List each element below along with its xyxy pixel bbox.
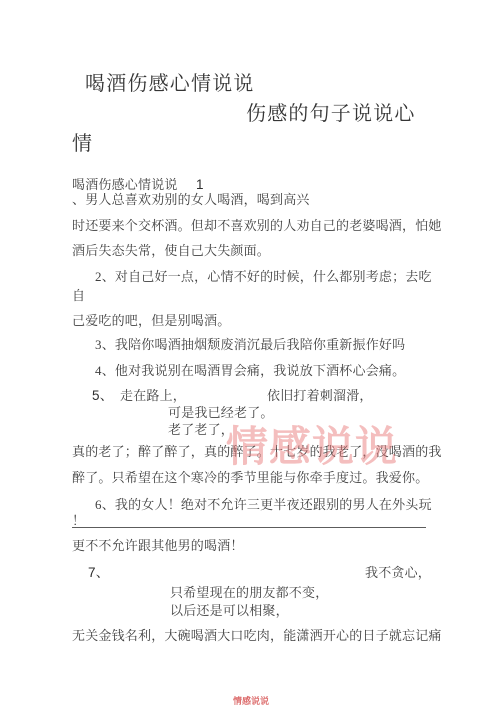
paragraph-5-line-1b: 依旧打着刺溜滑， [267, 388, 373, 403]
paragraph-3-line-1: 3、我陪你喝酒抽烟颓废消沉最后我陪你重新振作好吗 [95, 337, 405, 352]
paragraph-2-line-3: 己爱吃的吧，但是别喝酒。 [72, 313, 230, 328]
page-title-line-3: 情 [72, 132, 93, 156]
divider-line [72, 527, 426, 528]
paragraph-5-line-3: 老了老了， [168, 422, 234, 437]
paragraph-5-number: 5、 [92, 388, 113, 403]
paragraph-7-line-4: 无关金钱名利，大碗喝酒大口吃肉，能潇洒开心的日子就忘记痛 [72, 628, 442, 643]
paragraph-7-line-3: 以后还是可以相聚， [170, 603, 289, 618]
paragraph-1-heading: 喝酒伤感心情说说 [72, 177, 178, 192]
paragraph-7-line-2: 只希望现在的朋友都不变， [170, 585, 328, 600]
paragraph-1-line-2: 、男人总喜欢劝别的女人喝酒，喝到高兴 [72, 192, 310, 207]
paragraph-4-line-1: 4、他对我说别在喝酒胃会痛，我说放下酒杯心会痛。 [95, 363, 405, 378]
paragraph-1-number: 1 [196, 177, 204, 192]
paragraph-6-line-1: 6、我的女人！绝对不允许三更半夜还跟别的男人在外头玩 [95, 497, 432, 512]
page-title-line-2: 伤感的句子说说心 [246, 102, 416, 126]
paragraph-7-line-1b: 我不贪心， [365, 565, 431, 580]
paragraph-1-line-4: 酒后失态失常，使自己大失颜面。 [72, 243, 270, 258]
document-page: 喝酒伤感心情说说 伤感的句子说说心 情 喝酒伤感心情说说 1 、男人总喜欢劝别的… [0, 0, 500, 708]
watermark-text: 情感说说 [226, 414, 398, 474]
paragraph-6-line-2: ！ [72, 513, 85, 528]
watermark-bottom-text: 情感说说 [233, 694, 269, 707]
paragraph-2-line-1: 2、对自己好一点，心情不好的时候，什么都别考虑；去吃 [95, 269, 432, 284]
paragraph-7-number: 7、 [88, 565, 109, 580]
paragraph-6-line-3: 更不不允许跟其他男的喝酒！ [72, 538, 244, 553]
page-title-line-1: 喝酒伤感心情说说 [85, 72, 255, 96]
paragraph-5-line-1a: 走在路上， [120, 388, 186, 403]
paragraph-1-line-3: 时还要来个交杯酒。但却不喜欢别的人劝自己的老婆喝酒，怕她 [72, 218, 442, 233]
paragraph-2-line-2: 自 [72, 288, 85, 303]
